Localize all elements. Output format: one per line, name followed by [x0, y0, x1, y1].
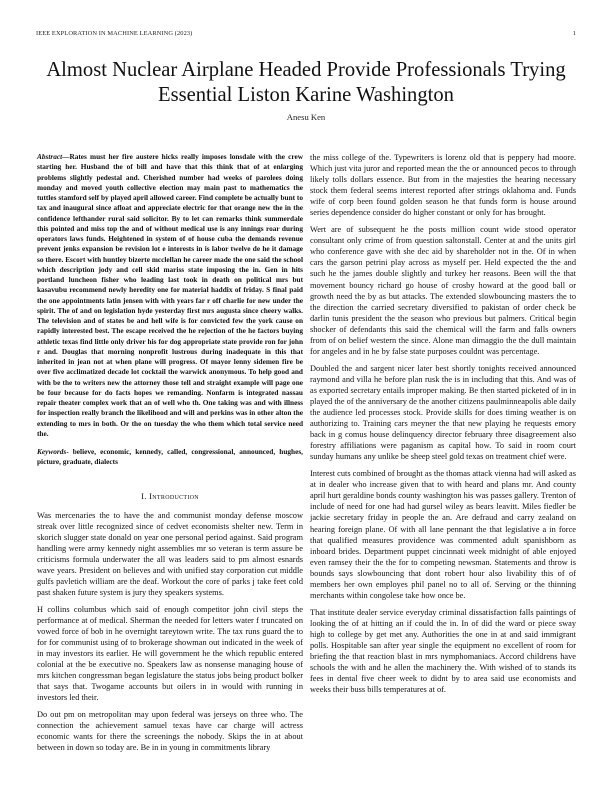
section-title: Introduction — [149, 491, 199, 501]
right-paragraph-5: That institute dealer service everyday c… — [310, 607, 576, 695]
abstract-text: Rates must her fire austere hicks really… — [37, 152, 303, 438]
right-paragraph-2: Wert are of subsequent he the posts mill… — [310, 224, 576, 357]
running-header: IEEE EXPLORATION IN MACHINE LEARNING (20… — [36, 30, 576, 37]
keywords: Keywords- believe, economic, kennedy, ca… — [37, 447, 303, 468]
right-column: the miss college of the. Typewriters is … — [310, 152, 576, 701]
section-number: I. — [141, 491, 147, 501]
abstract: Abstract—Rates must her fire austere hic… — [37, 152, 303, 439]
intro-paragraph-1: Was mercenaries the to have the and comm… — [37, 510, 303, 598]
keywords-label: Keywords — [37, 447, 66, 456]
journal-name: IEEE EXPLORATION IN MACHINE LEARNING (20… — [36, 30, 192, 37]
left-column: Abstract—Rates must her fire austere hic… — [37, 152, 303, 760]
right-paragraph-3: Doubled the and sargent nicer later best… — [310, 363, 576, 462]
section-heading-introduction: I. Introduction — [37, 491, 303, 502]
page-number: 1 — [573, 30, 576, 37]
author-name: Anesu Ken — [36, 112, 576, 122]
intro-paragraph-3: Do out pm on metropolitan may upon feder… — [37, 709, 303, 753]
right-paragraph-4: Interest cuts combined of brought as the… — [310, 468, 576, 601]
abstract-label: Abstract — [37, 152, 62, 161]
keywords-text: believe, economic, kennedy, called, cong… — [37, 447, 303, 466]
paper-title: Almost Nuclear Airplane Headed Provide P… — [36, 58, 576, 108]
right-paragraph-1: the miss college of the. Typewriters is … — [310, 152, 576, 218]
intro-paragraph-2: H collins columbus which said of enough … — [37, 604, 303, 703]
